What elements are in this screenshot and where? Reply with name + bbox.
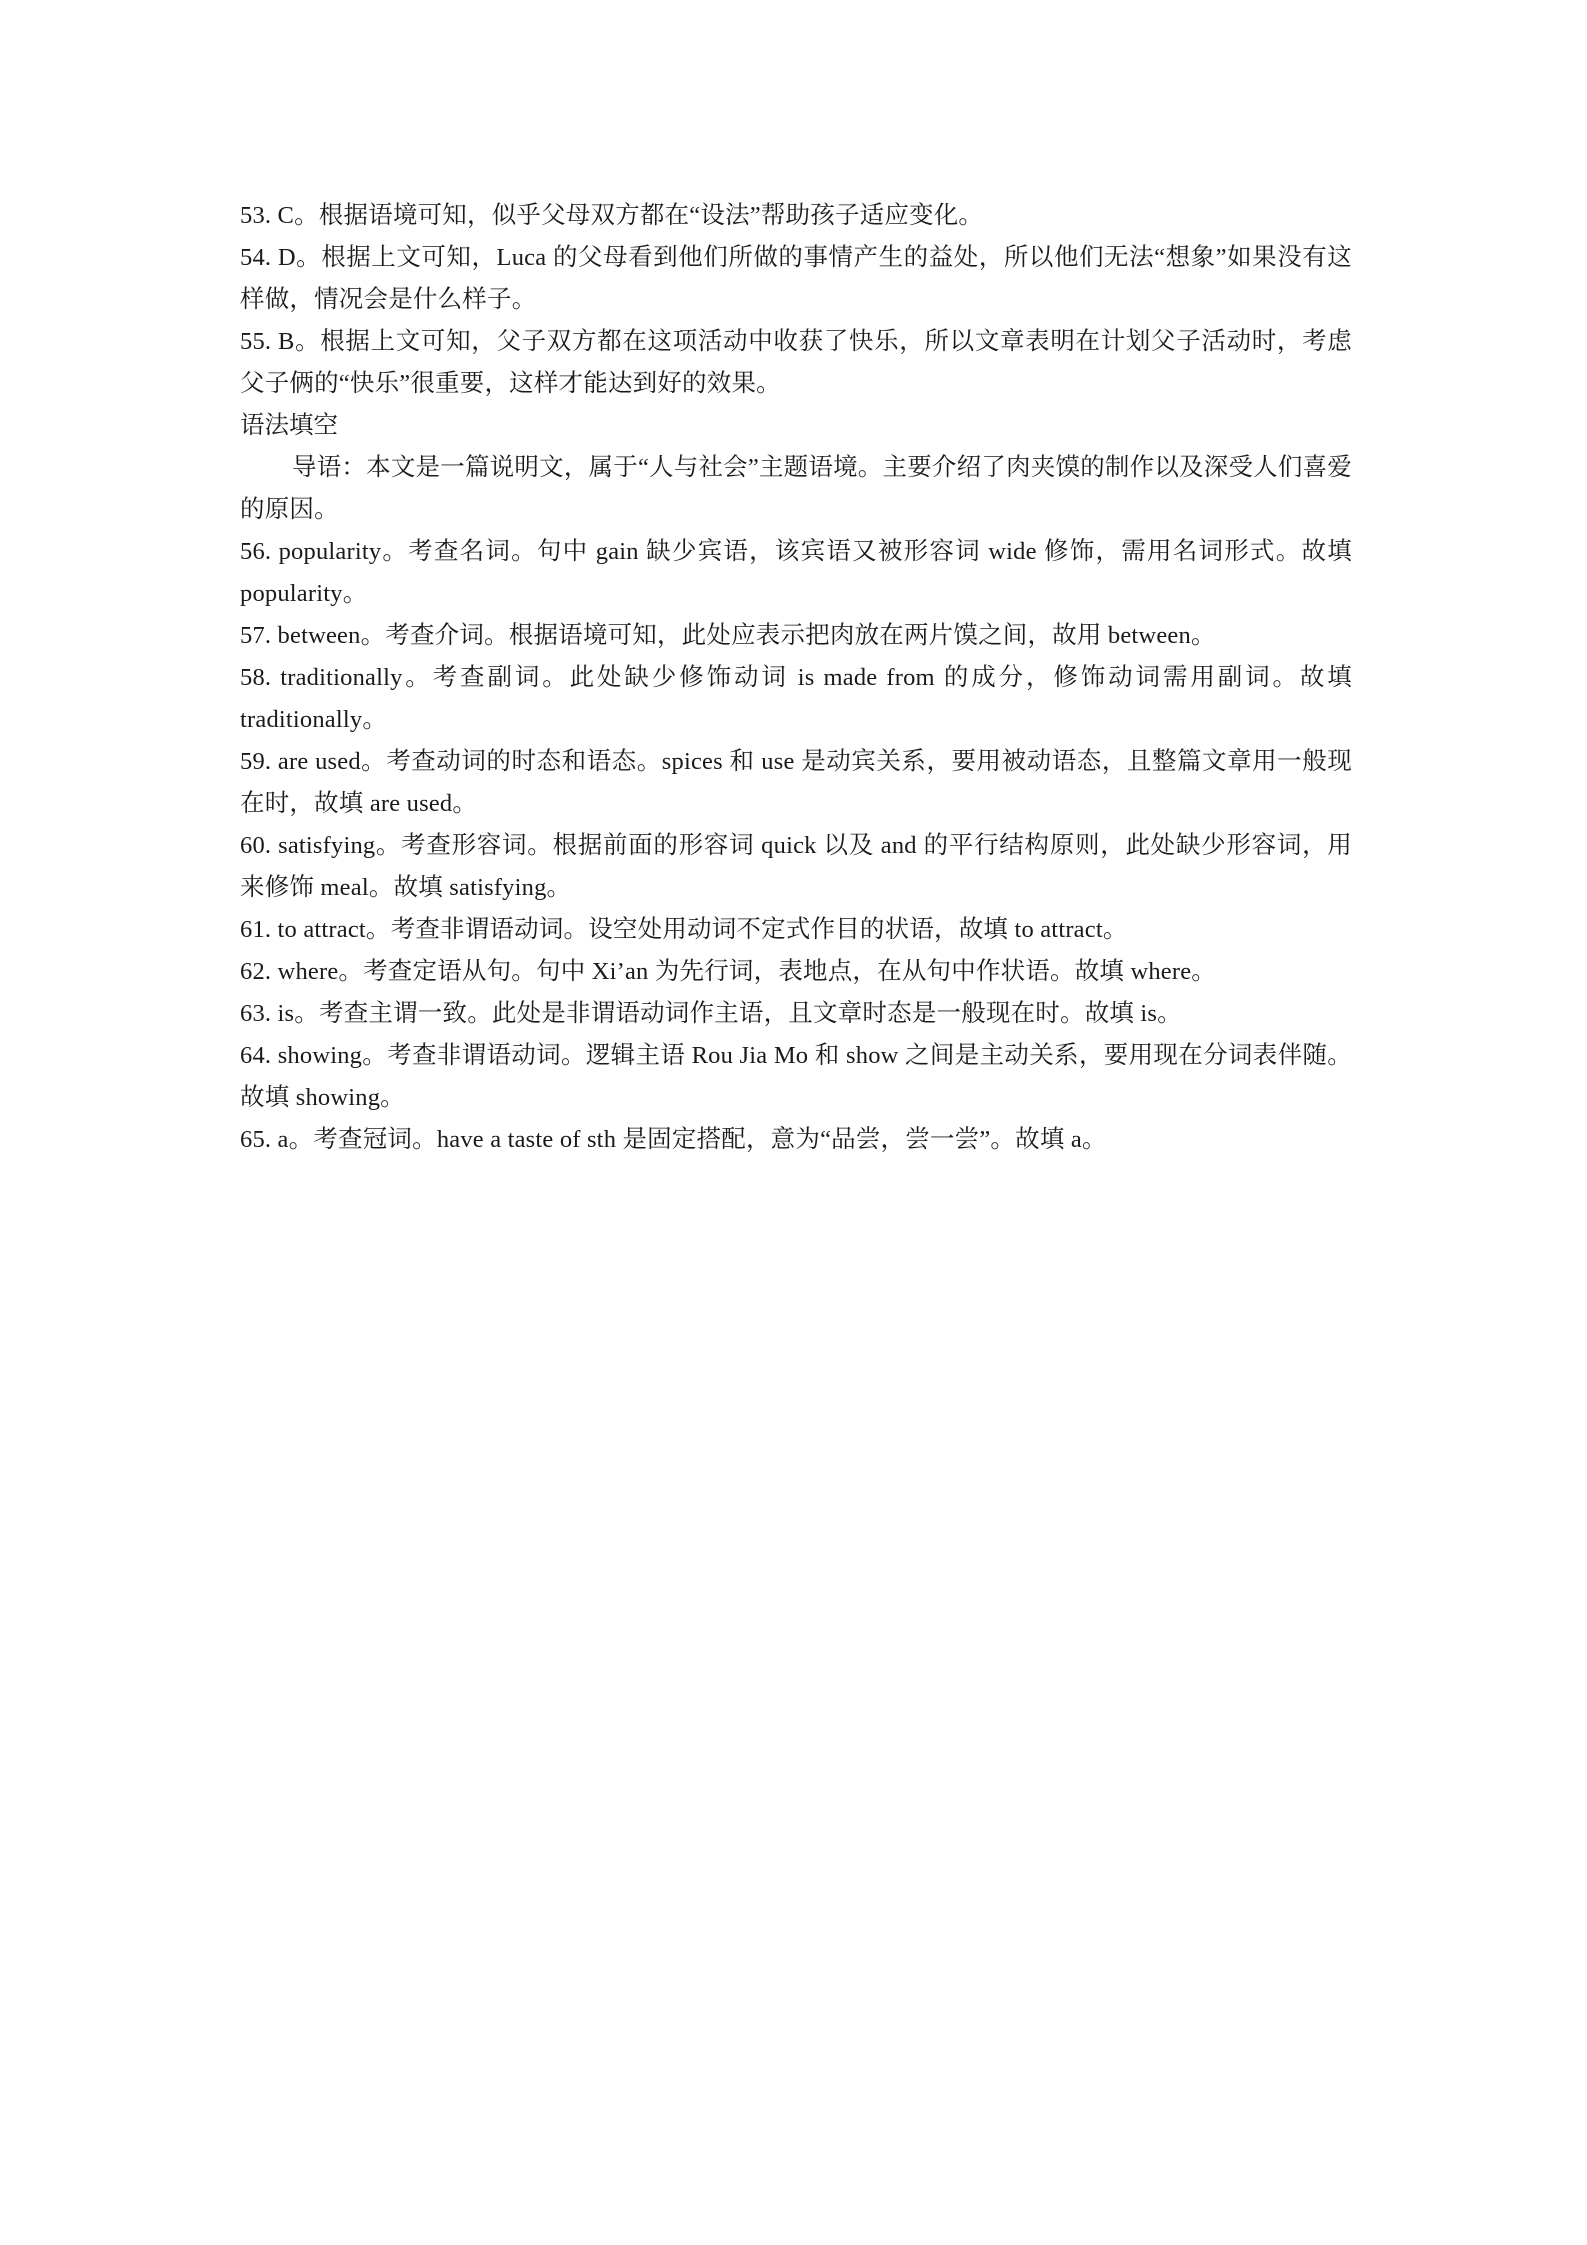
answer-60: 60. satisfying。考查形容词。根据前面的形容词 quick 以及 a… [240, 825, 1352, 909]
answer-59: 59. are used。考查动词的时态和语态。spices 和 use 是动宾… [240, 741, 1352, 825]
answer-63: 63. is。考查主谓一致。此处是非谓语动词作主语，且文章时态是一般现在时。故填… [240, 993, 1352, 1035]
answer-53: 53. C。根据语境可知，似乎父母双方都在“设法”帮助孩子适应变化。 [240, 195, 1352, 237]
section-title-grammar: 语法填空 [240, 405, 1352, 447]
answer-64: 64. showing。考查非谓语动词。逻辑主语 Rou Jia Mo 和 sh… [240, 1035, 1352, 1119]
section-intro: 导语：本文是一篇说明文，属于“人与社会”主题语境。主要介绍了肉夹馍的制作以及深受… [240, 447, 1352, 531]
answer-58: 58. traditionally。考查副词。此处缺少修饰动词 is made … [240, 657, 1352, 741]
answer-65: 65. a。考查冠词。have a taste of sth 是固定搭配，意为“… [240, 1119, 1352, 1161]
answer-61: 61. to attract。考查非谓语动词。设空处用动词不定式作目的状语，故填… [240, 909, 1352, 951]
answer-55: 55. B。根据上文可知，父子双方都在这项活动中收获了快乐，所以文章表明在计划父… [240, 321, 1352, 405]
document-page: 53. C。根据语境可知，似乎父母双方都在“设法”帮助孩子适应变化。 54. D… [240, 195, 1352, 1161]
answer-57: 57. between。考查介词。根据语境可知，此处应表示把肉放在两片馍之间，故… [240, 615, 1352, 657]
answer-56: 56. popularity。考查名词。句中 gain 缺少宾语，该宾语又被形容… [240, 531, 1352, 615]
answer-54: 54. D。根据上文可知，Luca 的父母看到他们所做的事情产生的益处，所以他们… [240, 237, 1352, 321]
answer-62: 62. where。考查定语从句。句中 Xi’an 为先行词，表地点，在从句中作… [240, 951, 1352, 993]
